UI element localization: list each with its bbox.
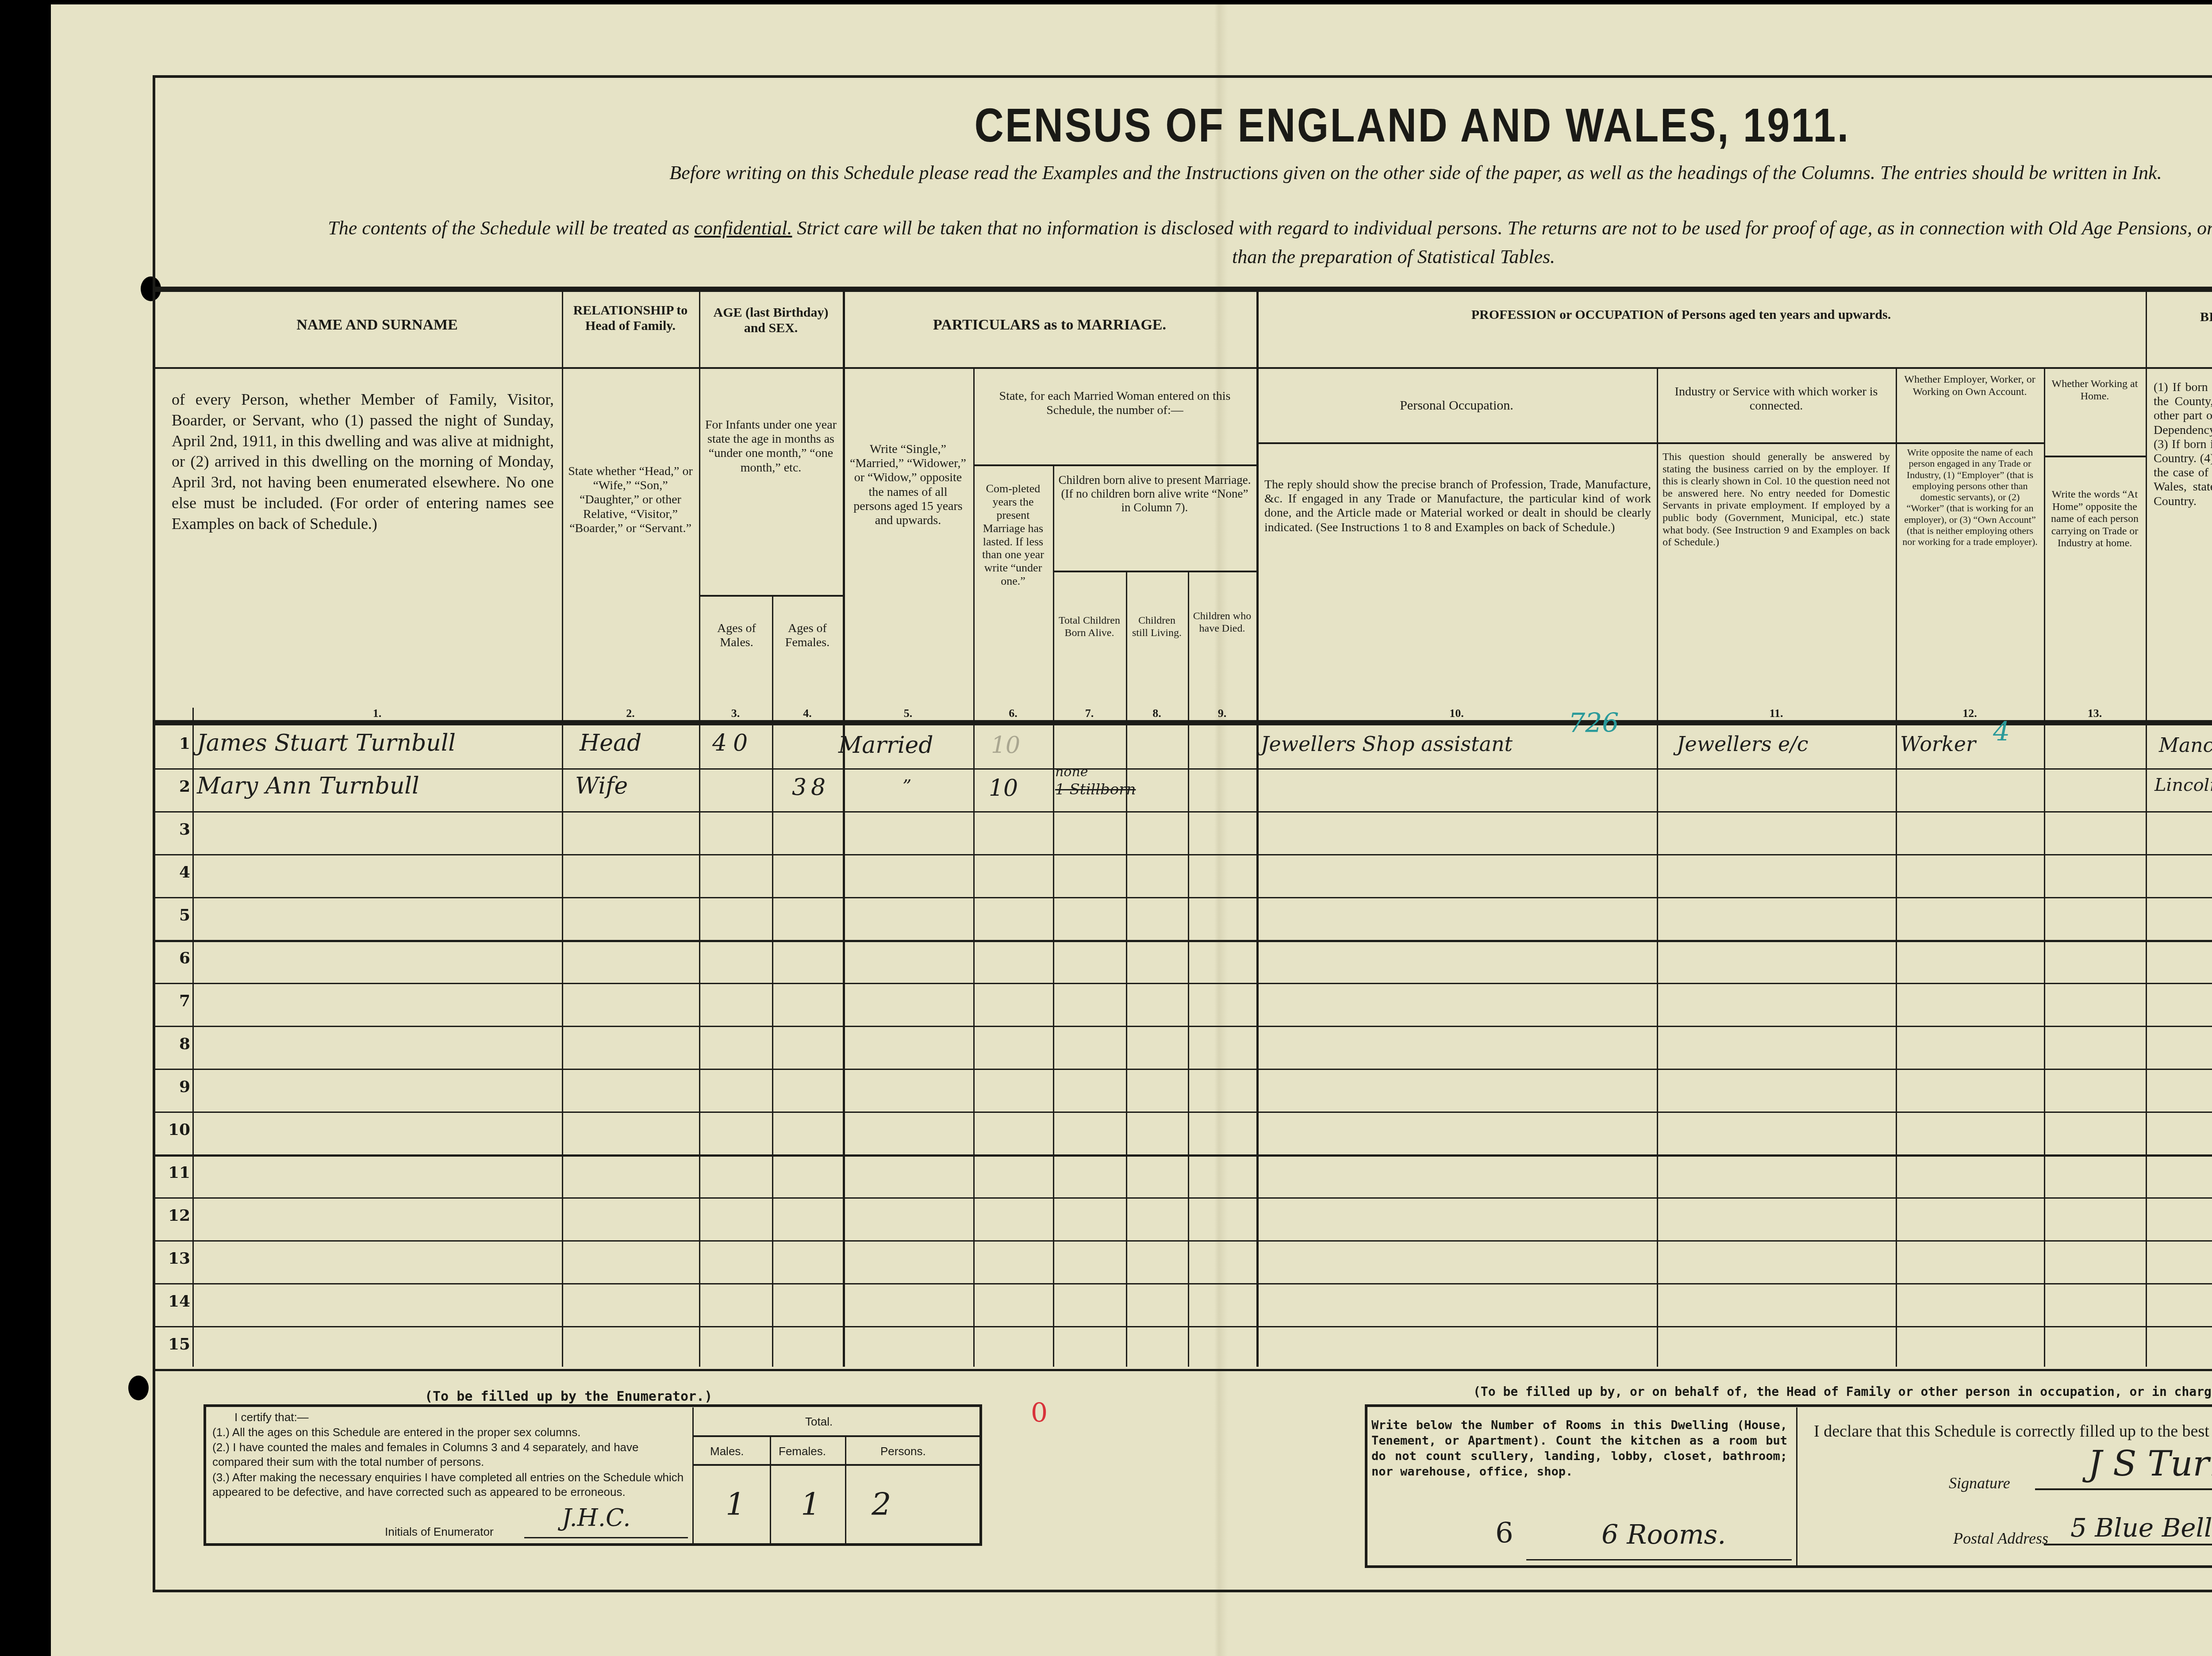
- certify-1: (1.) All the ages on this Schedule are e…: [212, 1425, 686, 1440]
- cell-occupation-code: 726: [1568, 708, 1619, 739]
- total-sub-rule: [692, 1464, 980, 1466]
- rooms-instruction: Write below the Number of Rooms in this …: [1371, 1418, 1787, 1480]
- col-num-4: 4.: [772, 707, 843, 720]
- males-label: Males.: [710, 1444, 744, 1459]
- cell-age-male[interactable]: 40: [712, 730, 754, 756]
- enumerator-heading: (To be filled up by the Enumerator.): [425, 1389, 712, 1404]
- instr-employment: Write opposite the name of each person e…: [1897, 447, 2043, 548]
- confidential-suffix: Strict care will be taken that no inform…: [797, 217, 2212, 239]
- form-title: CENSUS OF ENGLAND AND WALES, 1911.: [212, 97, 2212, 153]
- total-divider: [845, 1435, 846, 1544]
- initials-label: Initials of Enumerator: [385, 1525, 494, 1539]
- col-num-5: 5.: [843, 707, 973, 720]
- cell-name[interactable]: Mary Ann Turnbull: [197, 773, 419, 799]
- group-header-rule: [153, 367, 2212, 369]
- header-age: AGE (last Birthday) and SEX.: [699, 305, 843, 336]
- row-number: 9: [159, 1077, 190, 1096]
- cell-industry[interactable]: Jewellers e/c: [1677, 732, 1809, 756]
- col-num-3: 3.: [699, 707, 772, 720]
- col-divider: [1657, 367, 1658, 1367]
- head-section-heading: (To be filled up by, or on behalf of, th…: [1473, 1384, 2212, 1399]
- rooms-line: [1526, 1559, 1792, 1560]
- instr-personal-occupation: The reply should show the precise branch…: [1261, 478, 1655, 535]
- instr-years-married: Com-pleted years the present Marriage ha…: [973, 482, 1053, 588]
- row-number: 13: [159, 1249, 190, 1268]
- initials-line: [524, 1537, 688, 1538]
- row-rule: [155, 1197, 2212, 1199]
- row-number: 12: [159, 1206, 190, 1225]
- rooms-value[interactable]: 6 Rooms.: [1601, 1519, 1726, 1550]
- cell-relationship[interactable]: Wife: [575, 773, 628, 799]
- row-rule: [155, 1154, 2212, 1157]
- certify-intro: I certify that:—: [234, 1410, 309, 1425]
- cell-name[interactable]: James Stuart Turnbull: [197, 730, 456, 756]
- rooms-margin-value: 6: [1495, 1517, 1513, 1550]
- col-num-7: 7.: [1053, 707, 1126, 720]
- row-rule: [155, 811, 2212, 813]
- females-label: Females.: [779, 1444, 826, 1459]
- row-number: 7: [159, 992, 190, 1010]
- confidential-word: confidential.: [694, 217, 792, 239]
- sub-working-at-home: Whether Working at Home.: [2044, 378, 2146, 402]
- cell-birthplace[interactable]: Lincolnshire East Kirkby: [2154, 775, 2212, 795]
- row-rule: [155, 768, 2212, 770]
- married-woman-rule: [973, 464, 1256, 466]
- instr-working-at-home: Write the words “At Home” opposite the n…: [2044, 489, 2146, 550]
- age-sub-rule: [699, 595, 843, 597]
- instr-children-living: Children still Living.: [1126, 615, 1188, 639]
- col-num-6: 6.: [973, 707, 1053, 720]
- cell-birthplace[interactable]: Manchester: [2159, 734, 2212, 757]
- row-number: 4: [159, 863, 190, 882]
- instr-age-males: Ages of Males.: [703, 621, 770, 650]
- cell-children-born[interactable]: none: [1055, 764, 1088, 780]
- instruction-read: Before writing on this Schedule please r…: [487, 161, 2212, 184]
- rooms-divider: [1796, 1407, 1797, 1566]
- instr-birthplace: (1) If born in the United Kingdom, write…: [2150, 380, 2212, 509]
- header-birthplace: BIRTHPLACE of every person.: [2146, 310, 2212, 325]
- sub-industry: Industry or Service with which worker is…: [1657, 385, 1896, 413]
- total-males[interactable]: 1: [726, 1486, 745, 1522]
- total-females[interactable]: 1: [801, 1486, 821, 1522]
- header-name: NAME AND SURNAME: [192, 316, 562, 333]
- row-number: 14: [159, 1292, 190, 1311]
- col-divider: [1126, 571, 1127, 1367]
- enumerator-divider: [692, 1407, 694, 1544]
- instruction-confidential: The contents of the Schedule will be tre…: [186, 217, 2212, 239]
- occupation-sub-rule: [1256, 442, 2044, 444]
- instr-industry: This question should generally be answer…: [1659, 451, 1893, 549]
- row-rule: [155, 1369, 2212, 1371]
- address-line: [2044, 1544, 2212, 1545]
- address-label: Postal Address: [1953, 1528, 2048, 1549]
- col-divider: [562, 292, 563, 1367]
- total-persons[interactable]: 2: [872, 1486, 891, 1522]
- row-rule: [155, 1283, 2212, 1284]
- row-number: 11: [159, 1163, 190, 1182]
- col-divider: [2146, 292, 2147, 1367]
- table-top-rule: [153, 287, 2212, 292]
- address-value[interactable]: 5 Blue Bell Avenue Moston: [2070, 1513, 2212, 1543]
- instr-children-born: Total Children Born Alive.: [1053, 615, 1126, 639]
- row-number: 1: [159, 734, 190, 753]
- instr-marriage-status: Write “Single,” “Married,” “Widower,” or…: [845, 442, 971, 528]
- sub-personal-occupation: Personal Occupation.: [1256, 398, 1657, 414]
- punch-hole-bottom: [128, 1376, 149, 1400]
- signature-value[interactable]: J S Turnbull: [2088, 1444, 2212, 1484]
- header-occupation: PROFESSION or OCCUPATION of Persons aged…: [1460, 307, 1902, 323]
- signature-label: Signature: [1949, 1473, 2010, 1493]
- instruction-statistics: than the preparation of Statistical Tabl…: [1106, 245, 1681, 268]
- col-divider: [192, 708, 194, 1367]
- red-check-mark: 0: [1031, 1398, 1048, 1429]
- col-divider: [1188, 571, 1189, 1367]
- cell-years-married[interactable]: 10: [989, 775, 1018, 801]
- confidential-prefix: The contents of the Schedule will be tre…: [328, 217, 689, 239]
- row-number: 3: [159, 820, 190, 839]
- col-num-14: 14.: [2146, 707, 2212, 720]
- cell-occupation[interactable]: Jewellers Shop assistant: [1261, 732, 1513, 756]
- instr-children-died: Children who have Died.: [1188, 610, 1256, 635]
- row-number: 8: [159, 1035, 190, 1053]
- initials-value[interactable]: J.H.C.: [562, 1504, 630, 1532]
- col-divider: [1053, 464, 1054, 1367]
- form-border: [153, 75, 2212, 1592]
- row-number: 5: [159, 906, 190, 924]
- row-rule: [155, 1112, 2212, 1113]
- total-divider: [770, 1435, 771, 1544]
- row-number: 2: [159, 777, 190, 796]
- row-number: 6: [159, 949, 190, 967]
- cell-marriage[interactable]: Married: [838, 732, 933, 759]
- cell-children-born-struck: 1 Stillborn: [1055, 781, 1136, 798]
- col-num-13: 13.: [2044, 707, 2146, 720]
- column-number-rule: [153, 720, 2212, 725]
- header-relationship: RELATIONSHIP to Head of Family.: [562, 303, 699, 333]
- signature-line: [2035, 1488, 2212, 1490]
- cell-age-female[interactable]: 38: [792, 774, 830, 801]
- home-sub-rule: [2044, 456, 2146, 457]
- row-rule: [155, 1069, 2212, 1070]
- col-num-2: 2.: [562, 707, 699, 720]
- cell-employment[interactable]: Worker: [1900, 732, 1976, 756]
- row-rule: [155, 897, 2212, 898]
- sub-employment: Whether Employer, Worker, or Working on …: [1896, 374, 2044, 398]
- total-rule: [692, 1435, 980, 1437]
- instr-children: Children born alive to present Marriage.…: [1053, 473, 1256, 514]
- instr-relationship: State whether “Head,” or “Wife,” “Son,” …: [564, 464, 697, 536]
- instr-age-females: Ages of Females.: [774, 621, 841, 650]
- col-divider: [1256, 292, 1259, 1367]
- row-rule: [155, 1240, 2212, 1242]
- persons-label: Persons.: [880, 1444, 926, 1459]
- row-rule: [155, 1326, 2212, 1327]
- children-rule: [1053, 571, 1256, 572]
- row-rule: [155, 1026, 2212, 1027]
- col-num-9: 9.: [1188, 707, 1256, 720]
- row-rule: [155, 983, 2212, 984]
- cell-marriage[interactable]: ”: [902, 776, 911, 797]
- instr-age-infants: For Infants under one year state the age…: [699, 418, 843, 475]
- instr-name: of every Person, whether Member of Famil…: [168, 389, 557, 534]
- row-rule: [155, 940, 2212, 942]
- col-num-11: 11.: [1657, 707, 1896, 720]
- certify-3: (3.) After making the necessary enquirie…: [212, 1470, 686, 1500]
- declaration-text: I declare that this Schedule is correctl…: [1814, 1421, 2212, 1442]
- row-rule: [155, 854, 2212, 855]
- total-label: Total.: [805, 1414, 833, 1429]
- header-marriage: PARTICULARS as to MARRIAGE.: [843, 316, 1256, 333]
- instr-married-woman: State, for each Married Woman entered on…: [973, 389, 1256, 418]
- col-num-1: 1.: [192, 707, 562, 720]
- cell-relationship[interactable]: Head: [580, 730, 641, 756]
- row-number: 15: [159, 1335, 190, 1353]
- cell-employment-code: 4: [1993, 717, 2010, 747]
- col-num-8: 8.: [1126, 707, 1188, 720]
- col-num-12: 12.: [1896, 707, 2044, 720]
- certify-2: (2.) I have counted the males and female…: [212, 1440, 686, 1470]
- cell-years-married[interactable]: 10: [991, 732, 1020, 759]
- row-number: 10: [159, 1120, 190, 1139]
